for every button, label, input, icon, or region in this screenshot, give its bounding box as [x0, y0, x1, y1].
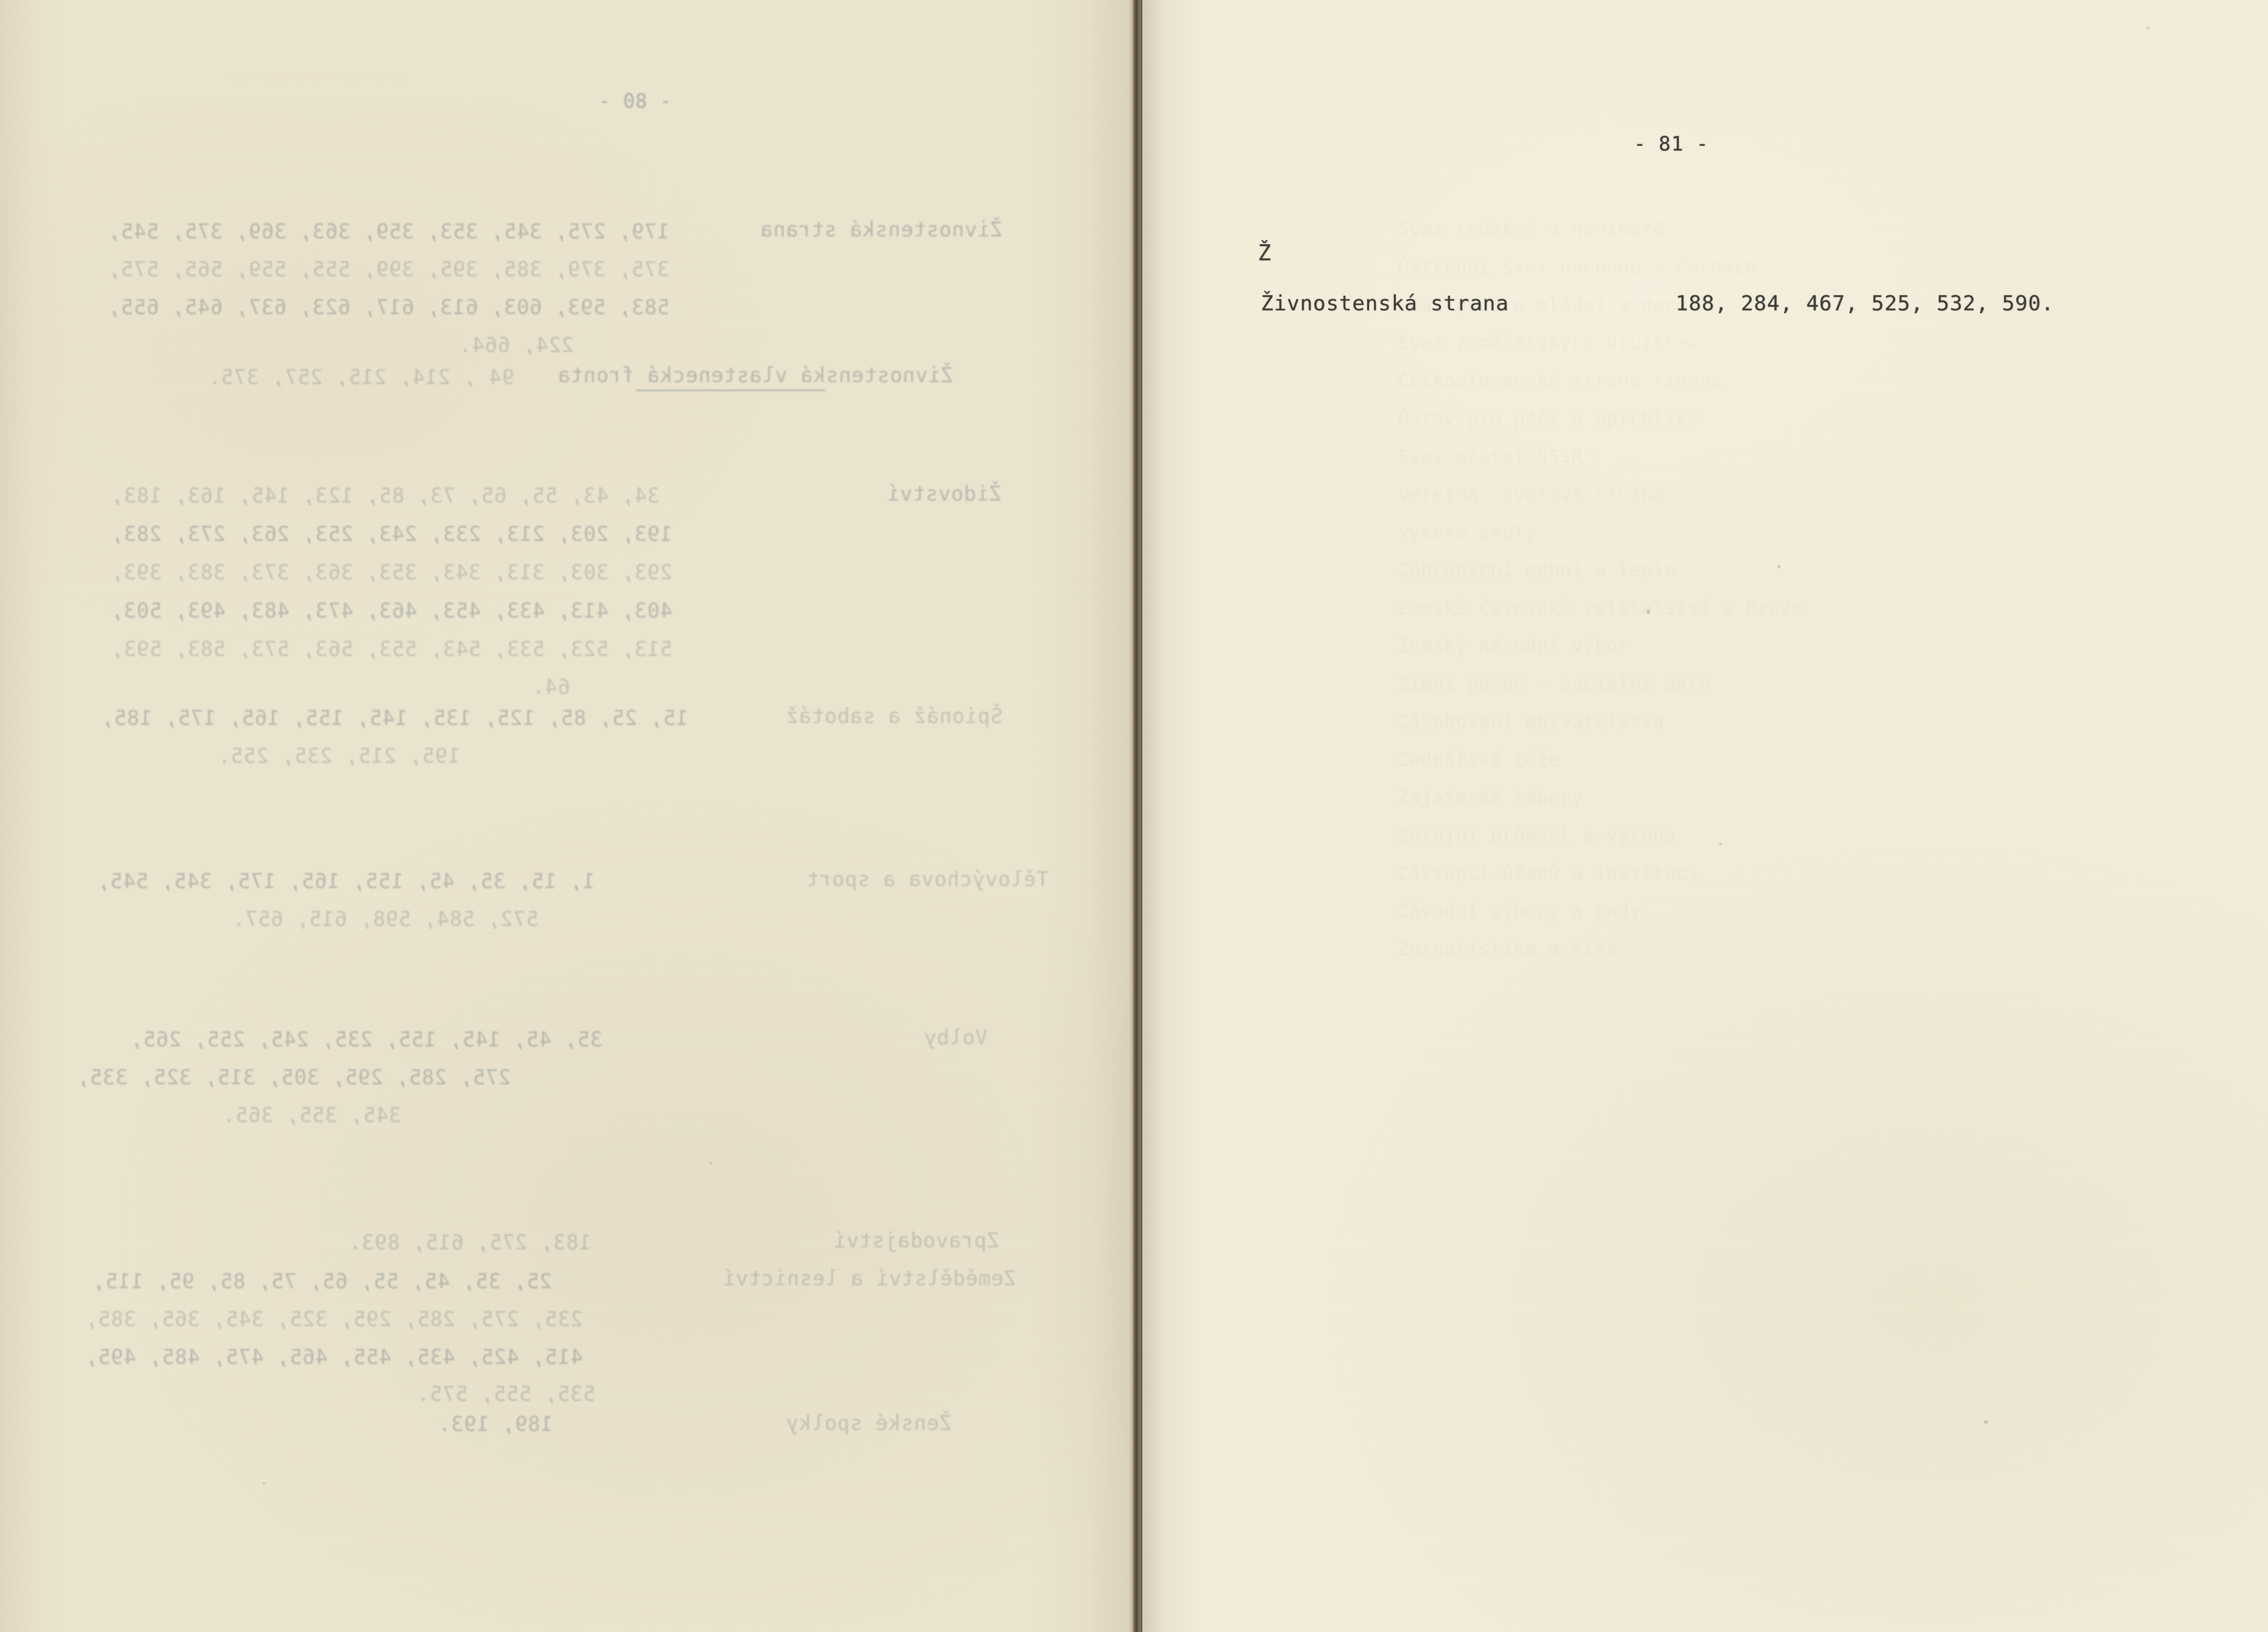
bleedthrough-row: 35, 45, 145, 155, 235, 245, 255, 265, [130, 1027, 603, 1051]
ghost-line: Zásobování obyvatelstva [1398, 711, 1664, 732]
bleedthrough-row: 345, 355, 365. [222, 1103, 401, 1127]
bleedthrough-row: 1, 15, 35, 45, 155, 165, 175, 345, 545, [97, 869, 595, 893]
paper-speck [262, 1482, 266, 1484]
bleedthrough-label: Ženské spolky [786, 1411, 952, 1435]
bleedthrough-row: 235, 275, 285, 295, 325, 345, 365, 385, [85, 1307, 583, 1331]
paper-speck [1646, 609, 1650, 614]
bleedthrough-label: Zemědělství a lesnictví [723, 1266, 1016, 1290]
paper-speck [2147, 27, 2150, 30]
bleedthrough-row: 193, 203, 213, 233, 243, 253, 263, 273, … [111, 522, 673, 546]
index-page-refs: 188, 284, 467, 525, 532, 590. [1676, 291, 2054, 316]
bleedthrough-row: 293, 303, 313, 343, 353, 363, 373, 383, … [111, 560, 673, 584]
bleedthrough-row: 572, 584, 598, 615, 657. [232, 907, 539, 931]
bleedthrough-row: 189, 193. [438, 1412, 553, 1436]
bleedthrough-page-number: - 80 - [598, 90, 672, 113]
bleedthrough-row: 195, 215, 235, 255. [218, 744, 460, 768]
bleedthrough-row: 224, 664. [459, 333, 574, 357]
bleedthrough-row: 535, 555, 575. [417, 1382, 595, 1406]
bleedthrough-row: 25, 35, 45, 55, 65, 75, 85, 95, 115, [92, 1269, 552, 1293]
right-page [1142, 0, 2268, 1632]
left-page: - 80 - Živnostenská strana 179, 275, 345… [0, 0, 1134, 1632]
ghost-line: Zajatecké tábory [1398, 787, 1583, 808]
ghost-line: Zbrojní průmysl a výroba [1398, 824, 1676, 846]
bleedthrough-label: Živnostenská strana [760, 218, 1002, 241]
ghost-line: Zednářské lóže [1398, 749, 1560, 770]
ghost-line: Svaz péče o mládež a dorost [1398, 294, 1711, 316]
ghost-line: Zimní pomoc - sociální akce [1398, 673, 1711, 694]
bleedthrough-label: Tělovýchova a sport [806, 867, 1049, 891]
ghost-line: Ústav pro péči o uprchlíky [1398, 408, 1699, 429]
ghost-line: Svaz redakcí a novinářů [1398, 219, 1664, 240]
bleedthrough-row: 375, 379, 385, 395, 399, 555, 559, 565, … [108, 257, 670, 281]
paper-speck [709, 1161, 712, 1164]
bleedthrough-label: Židovství [887, 482, 1002, 505]
paper-speck [1984, 1420, 1988, 1424]
bleedthrough-row: 179, 275, 345, 353, 359, 363, 369, 375, … [108, 219, 670, 243]
book-scan: - 80 - Živnostenská strana 179, 275, 345… [0, 0, 2268, 1632]
ghost-line: Zahraniční odboj a legie [1398, 559, 1676, 581]
bleedthrough-label: Živnostenská vlastenecká fronta [558, 363, 953, 387]
ghost-line: Zástupci úřadů a institucí [1398, 862, 1699, 884]
ghost-line: Veřejná osvětová služba [1398, 484, 1664, 505]
bleedthrough-row: 275, 285, 295, 305, 315, 325, 335, [77, 1065, 511, 1089]
bleedthrough-underline [636, 389, 826, 391]
ghost-line: Žurnalistika a tisk [1398, 938, 1618, 959]
bleedthrough-row: 15, 25, 85, 125, 135, 145, 155, 165, 175… [101, 706, 688, 730]
bleedthrough-row: 94 , 214, 215, 257, 375. [208, 365, 514, 389]
bleedthrough-row: 513, 523, 533, 543, 553, 563, 573, 583, … [111, 637, 673, 661]
bleedthrough-row: 403, 413, 433, 453, 463, 473, 483, 493, … [111, 599, 673, 623]
ghost-line: Ústřední svaz obchodu v Čechách [1398, 256, 1757, 278]
book-gutter [1129, 0, 1143, 1632]
paper-speck [1777, 565, 1780, 569]
ghost-line: Československá strana lidová [1398, 370, 1723, 391]
page-number: - 81 - [1634, 132, 1709, 155]
bleedthrough-row: 183, 275, 615, 893. [349, 1230, 591, 1254]
ghost-line: Svaz zemědělských družstev [1398, 332, 1699, 353]
paper-speck [1719, 842, 1722, 845]
section-letter: Ž [1258, 240, 1271, 266]
ghost-line: Zemský národní výbor [1398, 635, 1630, 656]
bleedthrough-label: Špionáž a sabotáž [786, 704, 1003, 728]
ghost-line: Závodní výbory a rady [1398, 900, 1641, 922]
ghost-line: Svaz přátel SSSR [1398, 446, 1583, 467]
bleedthrough-row: 583, 593, 603, 613, 617, 623, 637, 645, … [108, 295, 670, 319]
bleedthrough-label: Zpravodajství [833, 1228, 999, 1252]
ghost-line: Zemské četnické velitelství v Praze [1398, 597, 1804, 619]
bleedthrough-label: Volby [924, 1026, 987, 1049]
bleedthrough-row: 415, 425, 435, 455, 465, 475, 485, 495, [85, 1345, 583, 1369]
ghost-line: Vysoké školy [1398, 522, 1537, 543]
bleedthrough-row: 34, 43, 55, 65, 73, 85, 123, 145, 163, 1… [111, 484, 660, 507]
bleedthrough-row: 64. [532, 675, 570, 699]
